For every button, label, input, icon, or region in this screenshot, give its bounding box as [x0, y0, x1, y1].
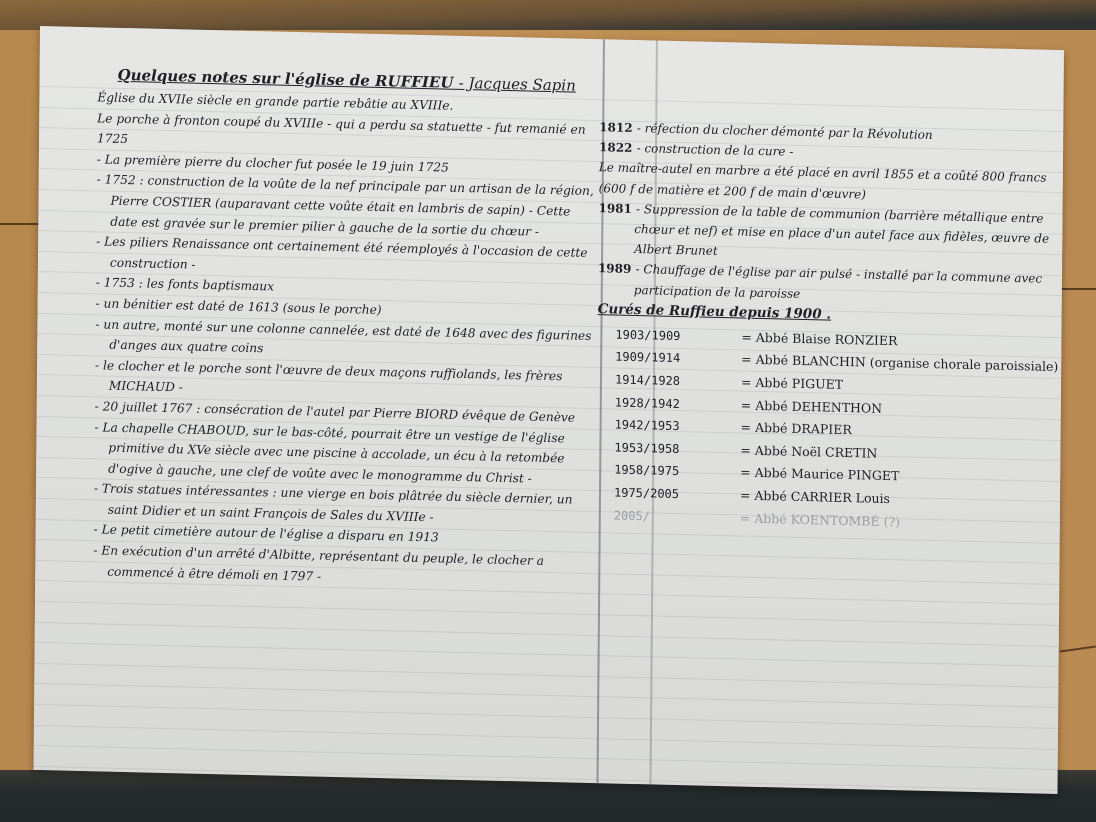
cure-name: = Abbé Noël CRETIN — [736, 442, 877, 460]
cure-name: = Abbé Blaise RONZIER — [737, 329, 897, 348]
ruled-line — [35, 621, 1059, 646]
chronology-entry: 1981 - Suppression de la table de commun… — [598, 198, 1059, 269]
board-seam — [1060, 646, 1096, 653]
cure-period: 1909/1914 — [615, 347, 737, 371]
entry-text: - Chauffage de l'église par air pulsé - … — [634, 262, 1042, 300]
cure-period: 1953/1958 — [614, 437, 736, 461]
title-text: Quelques notes sur l'église de RUFFIEU — [118, 66, 454, 92]
ruled-line — [34, 704, 1058, 729]
ruled-line — [34, 683, 1058, 708]
ruled-line — [35, 642, 1059, 667]
cure-name: = Abbé BLANCHIN (organise chorale parois… — [737, 352, 1058, 375]
ruled-line — [34, 663, 1058, 688]
ruled-line — [34, 724, 1058, 749]
chronology-list: 1812 - réfection du clocher démonté par … — [598, 117, 1060, 310]
board-seam — [1060, 288, 1096, 290]
entry-text: Le maître-autel en marbre a été placé en… — [599, 161, 1047, 201]
cure-period: 1942/1953 — [615, 415, 737, 439]
handwritten-sheet: Quelques notes sur l'église de RUFFIEU -… — [34, 26, 1064, 794]
cure-name: = Abbé Maurice PINGET — [736, 465, 899, 484]
left-column: Quelques notes sur l'église de RUFFIEU -… — [93, 65, 597, 593]
cures-list: 1903/1909 = Abbé Blaise RONZIER1909/1914… — [596, 323, 1058, 537]
notes-list: - La première pierre du clocher fut posé… — [93, 149, 597, 593]
entry-year: 1981 — [598, 201, 636, 216]
entry-year: 1822 — [599, 140, 637, 155]
cure-period: 1958/1975 — [614, 460, 736, 484]
entry-text: - Suppression de la table de communion (… — [634, 202, 1049, 258]
author: - Jacques Sapin — [459, 74, 576, 95]
ruled-line — [34, 745, 1058, 770]
cure-name: = Abbé DEHENTHON — [737, 397, 882, 415]
intro-block: Église du XVIIe siècle en grande partie … — [97, 87, 598, 161]
cure-period: 1928/1942 — [615, 392, 737, 416]
right-column: 1812 - réfection du clocher démonté par … — [596, 117, 1060, 537]
cure-name: = Abbé KOENTOMBÉ (?) — [736, 510, 900, 529]
cure-name: = Abbé CARRIER Louis — [736, 487, 890, 506]
entry-text: - construction de la cure - — [637, 141, 794, 159]
entry-year: 1812 — [599, 120, 637, 135]
ruled-line — [35, 601, 1059, 626]
cure-period: 1914/1928 — [615, 370, 737, 394]
note-item: - 1752 : construction de la voûte de la … — [96, 170, 597, 244]
cure-name: = Abbé PIGUET — [737, 374, 843, 391]
cure-name: = Abbé DRAPIER — [737, 420, 852, 438]
entry-year: 1989 — [598, 262, 636, 277]
cure-period: 2005/ — [614, 505, 736, 529]
cure-period: 1975/2005 — [614, 483, 736, 507]
note-item: - La chapelle CHABOUD, sur le bas-côté, … — [94, 417, 595, 491]
cure-period: 1903/1909 — [615, 324, 737, 348]
